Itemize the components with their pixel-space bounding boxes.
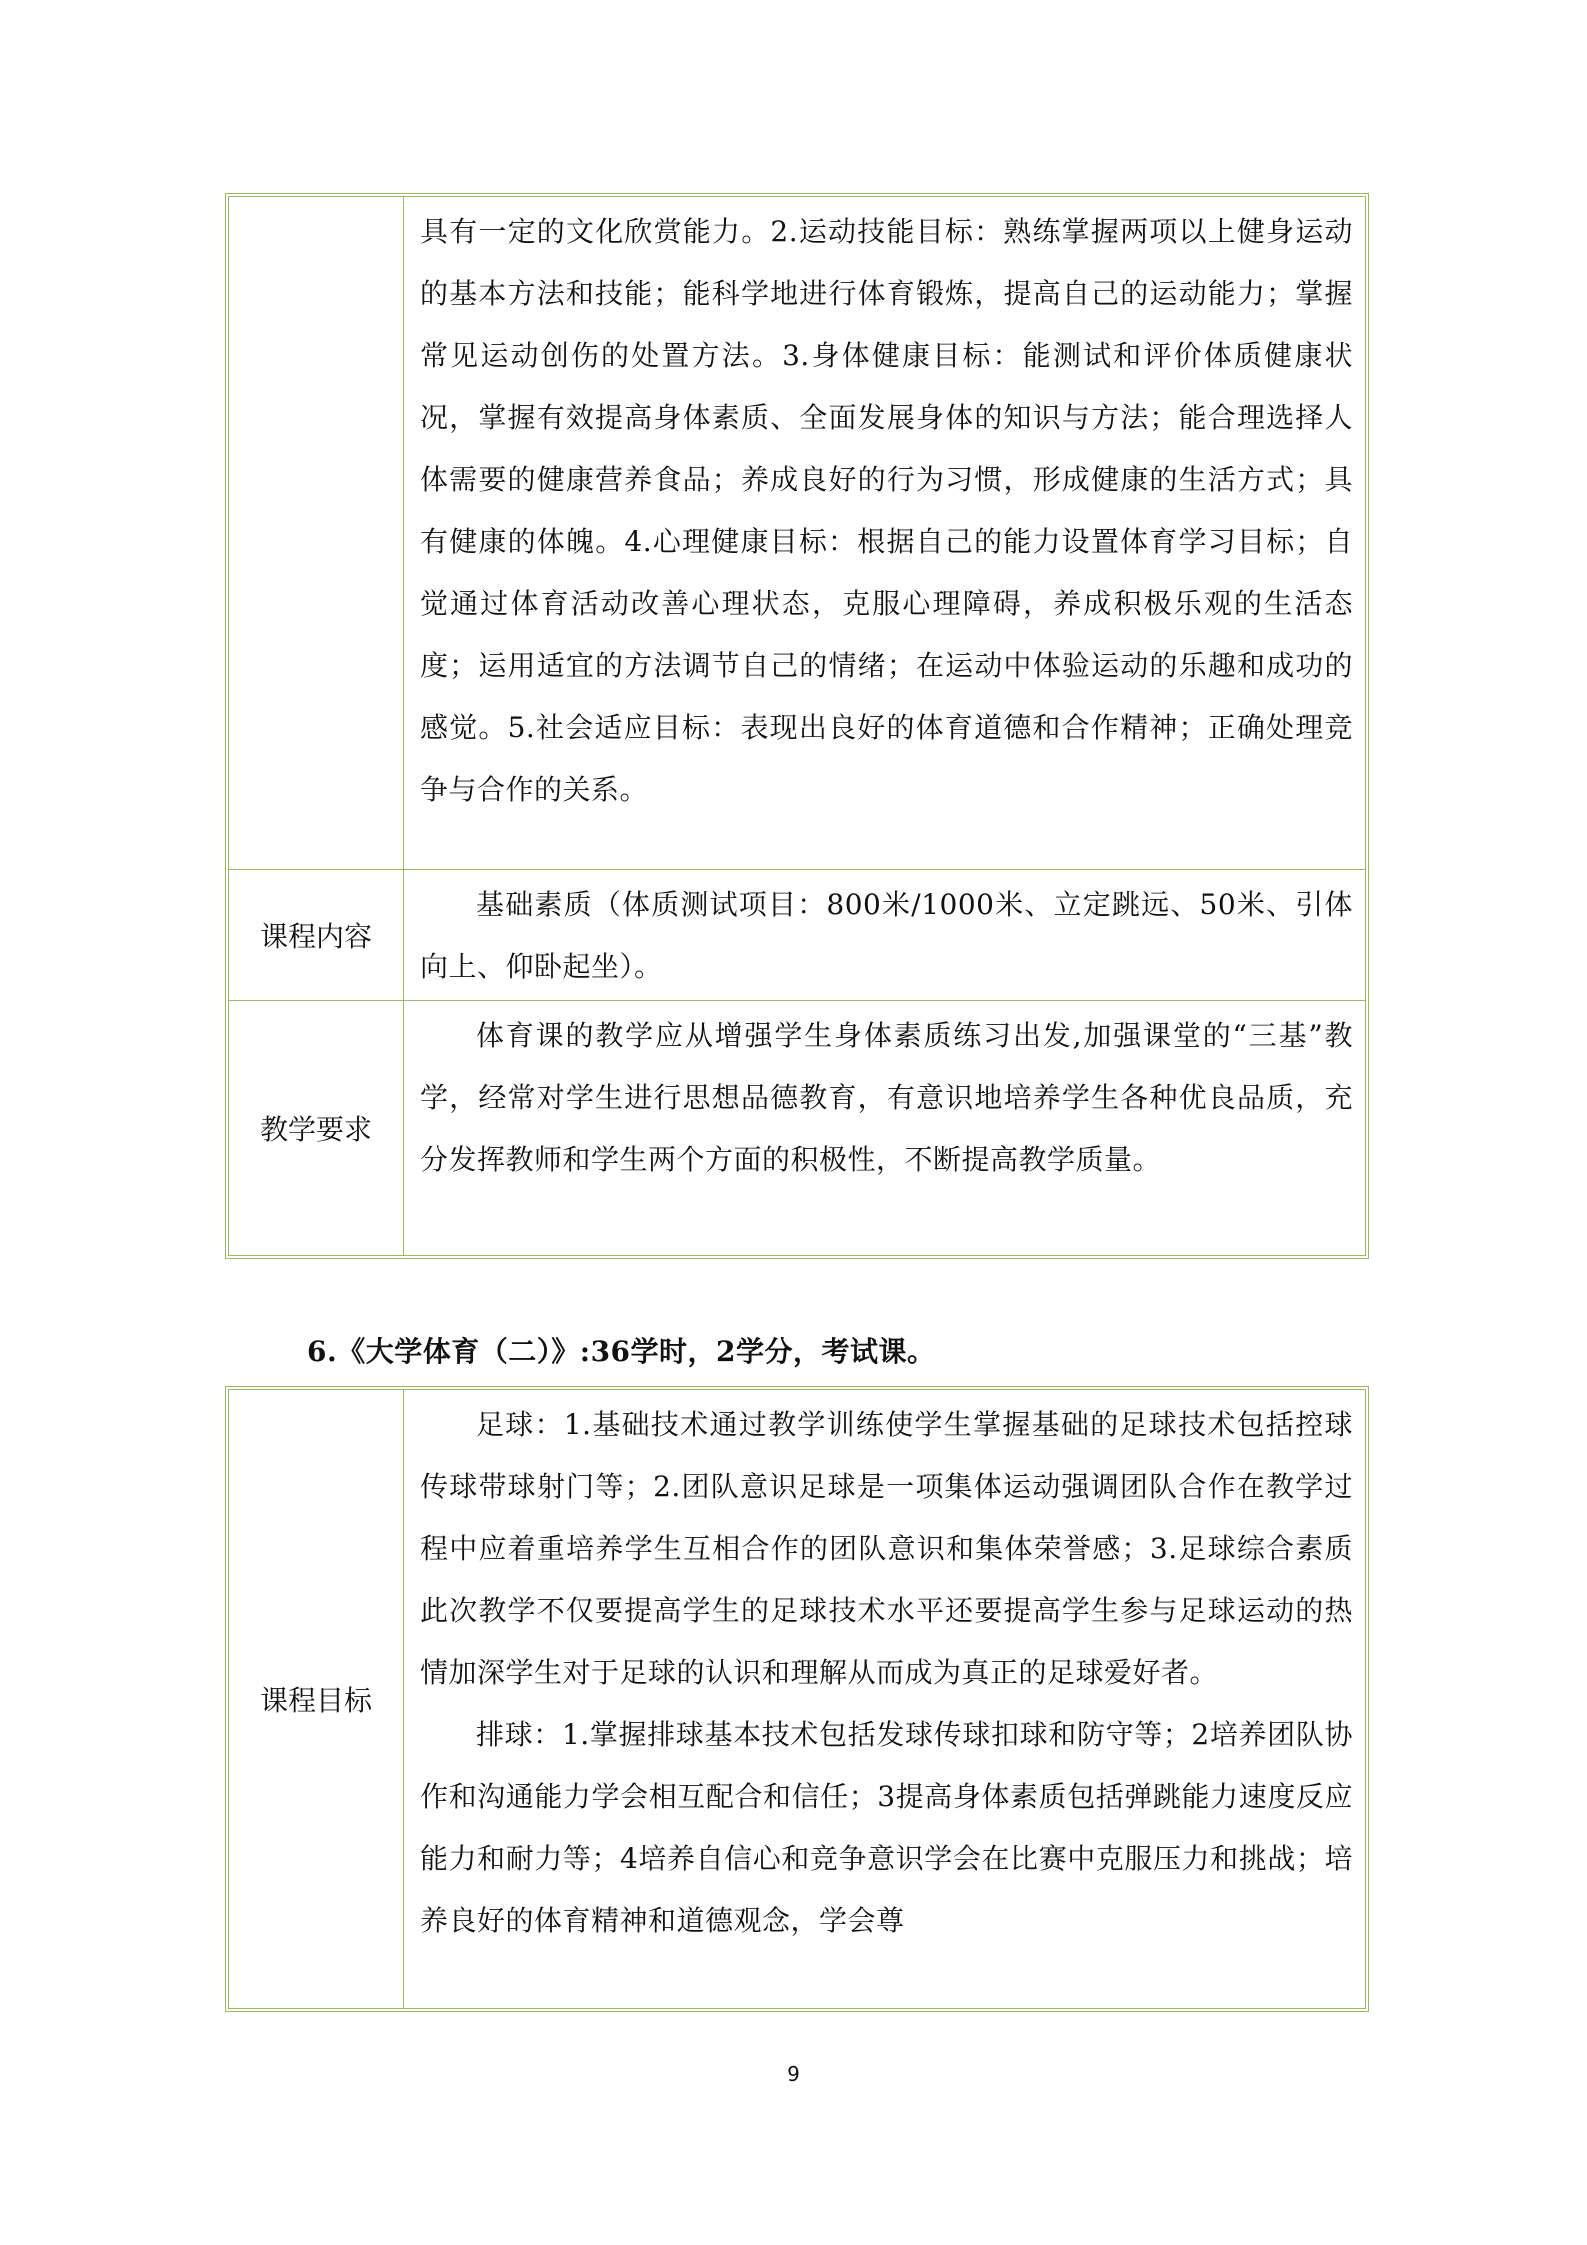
table-row-objectives-continued: 具有一定的文化欣赏能力。2.运动技能目标：熟练掌握两项以上健身运动的基本方法和技… xyxy=(229,197,1365,869)
football-objectives-text: 足球：1.基础技术通过教学训练使学生掌握基础的足球技术包括控球传球带球射门等；2… xyxy=(420,1394,1353,1704)
table-row-teaching-requirements: 教学要求 体育课的教学应从增强学生身体素质练习出发,加强课堂的“三基”教学，经常… xyxy=(229,1000,1365,1255)
row-label-teaching-requirements: 教学要求 xyxy=(229,1001,404,1255)
course-table-pe2: 课程目标 足球：1.基础技术通过教学训练使学生掌握基础的足球技术包括控球传球带球… xyxy=(225,1386,1369,2012)
row-content: 足球：1.基础技术通过教学训练使学生掌握基础的足球技术包括控球传球带球射门等；2… xyxy=(404,1390,1365,2008)
course-table-continued: 具有一定的文化欣赏能力。2.运动技能目标：熟练掌握两项以上健身运动的基本方法和技… xyxy=(225,193,1369,1259)
course-content-text: 基础素质（体质测试项目：800米/1000米、立定跳远、50米、引体向上、仰卧起… xyxy=(420,874,1353,998)
table-row-course-content: 课程内容 基础素质（体质测试项目：800米/1000米、立定跳远、50米、引体向… xyxy=(229,869,1365,1000)
course-heading: 6.《大学体育（二）》:36学时，2学分，考试课。 xyxy=(307,1330,936,1370)
row-label xyxy=(229,197,404,869)
row-content: 基础素质（体质测试项目：800米/1000米、立定跳远、50米、引体向上、仰卧起… xyxy=(404,870,1365,1000)
table-row-objectives: 课程目标 足球：1.基础技术通过教学训练使学生掌握基础的足球技术包括控球传球带球… xyxy=(229,1390,1365,2008)
row-label-course-content: 课程内容 xyxy=(229,870,404,1000)
row-content: 具有一定的文化欣赏能力。2.运动技能目标：熟练掌握两项以上健身运动的基本方法和技… xyxy=(404,197,1365,869)
teaching-requirements-text: 体育课的教学应从增强学生身体素质练习出发,加强课堂的“三基”教学，经常对学生进行… xyxy=(420,1005,1353,1191)
page-number: 9 xyxy=(0,2062,1587,2086)
volleyball-objectives-text: 排球：1.掌握排球基本技术包括发球传球扣球和防守等；2培养团队协作和沟通能力学会… xyxy=(420,1704,1353,1952)
row-label-objectives: 课程目标 xyxy=(229,1390,404,2008)
objectives-text: 具有一定的文化欣赏能力。2.运动技能目标：熟练掌握两项以上健身运动的基本方法和技… xyxy=(420,201,1353,821)
row-content: 体育课的教学应从增强学生身体素质练习出发,加强课堂的“三基”教学，经常对学生进行… xyxy=(404,1001,1365,1255)
